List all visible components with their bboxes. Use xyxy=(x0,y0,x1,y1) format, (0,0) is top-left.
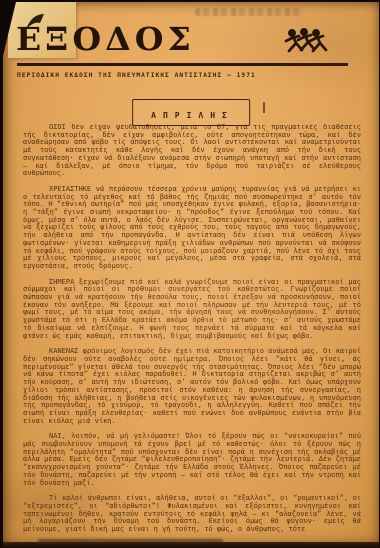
masthead-title: ΕΞΟΔΟΣ xyxy=(16,22,195,57)
paper-page: ΕΞΟΔΟΣ ΠΕΡΙΟΔΙΚΗ ΕΚΔΟΣΗ ΤΗΣ ΠΝΕΥΜΑΤΙΚΗΣ … xyxy=(3,2,379,548)
paragraph-6: Τί καλοί άνθρωποι είναι, αλήθεια, αυτοί … xyxy=(23,495,361,534)
paragraph-3: ΣΗΜΕΡΑ ξεχωρίζουμε πιά καί καλά γνωρίζου… xyxy=(23,279,361,341)
issue-box-tick xyxy=(263,102,265,113)
paragraph-2: ΧΡΕΙΑΣΤΗΚΕ νά περάσουν τέσσερα χρόνια μα… xyxy=(23,186,361,271)
paragraph-5: ΝΑΙ, λοιπόν, νά μή γελιόμαστε! Όλοι τό ξ… xyxy=(23,433,361,487)
masthead-rule xyxy=(17,63,348,66)
issue-heading: ΑΠΡΙΛΗΣ xyxy=(151,111,234,120)
running-figures-logo xyxy=(284,28,330,56)
paragraph-4: ΚΑΝΕΝΑΣ φρόνιμος λογισμός δέν έχει πιά κ… xyxy=(23,348,361,425)
issue-heading-box: ΑΠΡΙΛΗΣ xyxy=(132,99,250,126)
body-text-column: ΟΣΟΙ δέν είχαν ψευδαισθήσεις, μετά τό 67… xyxy=(23,124,361,541)
scan-edge-shadow xyxy=(3,542,379,548)
paragraph-1: ΟΣΟΙ δέν είχαν ψευδαισθήσεις, μετά τό 67… xyxy=(23,124,361,178)
pencil-annotation xyxy=(195,8,303,16)
subtitle: ΠΕΡΙΟΔΙΚΗ ΕΚΔΟΣΗ ΤΗΣ ΠΝΕΥΜΑΤΙΚΗΣ ΑΝΤΙΣΤΑ… xyxy=(17,72,357,79)
scan-background: ΕΞΟΔΟΣ ΠΕΡΙΟΔΙΚΗ ΕΚΔΟΣΗ ΤΗΣ ΠΝΕΥΜΑΤΙΚΗΣ … xyxy=(0,0,380,548)
